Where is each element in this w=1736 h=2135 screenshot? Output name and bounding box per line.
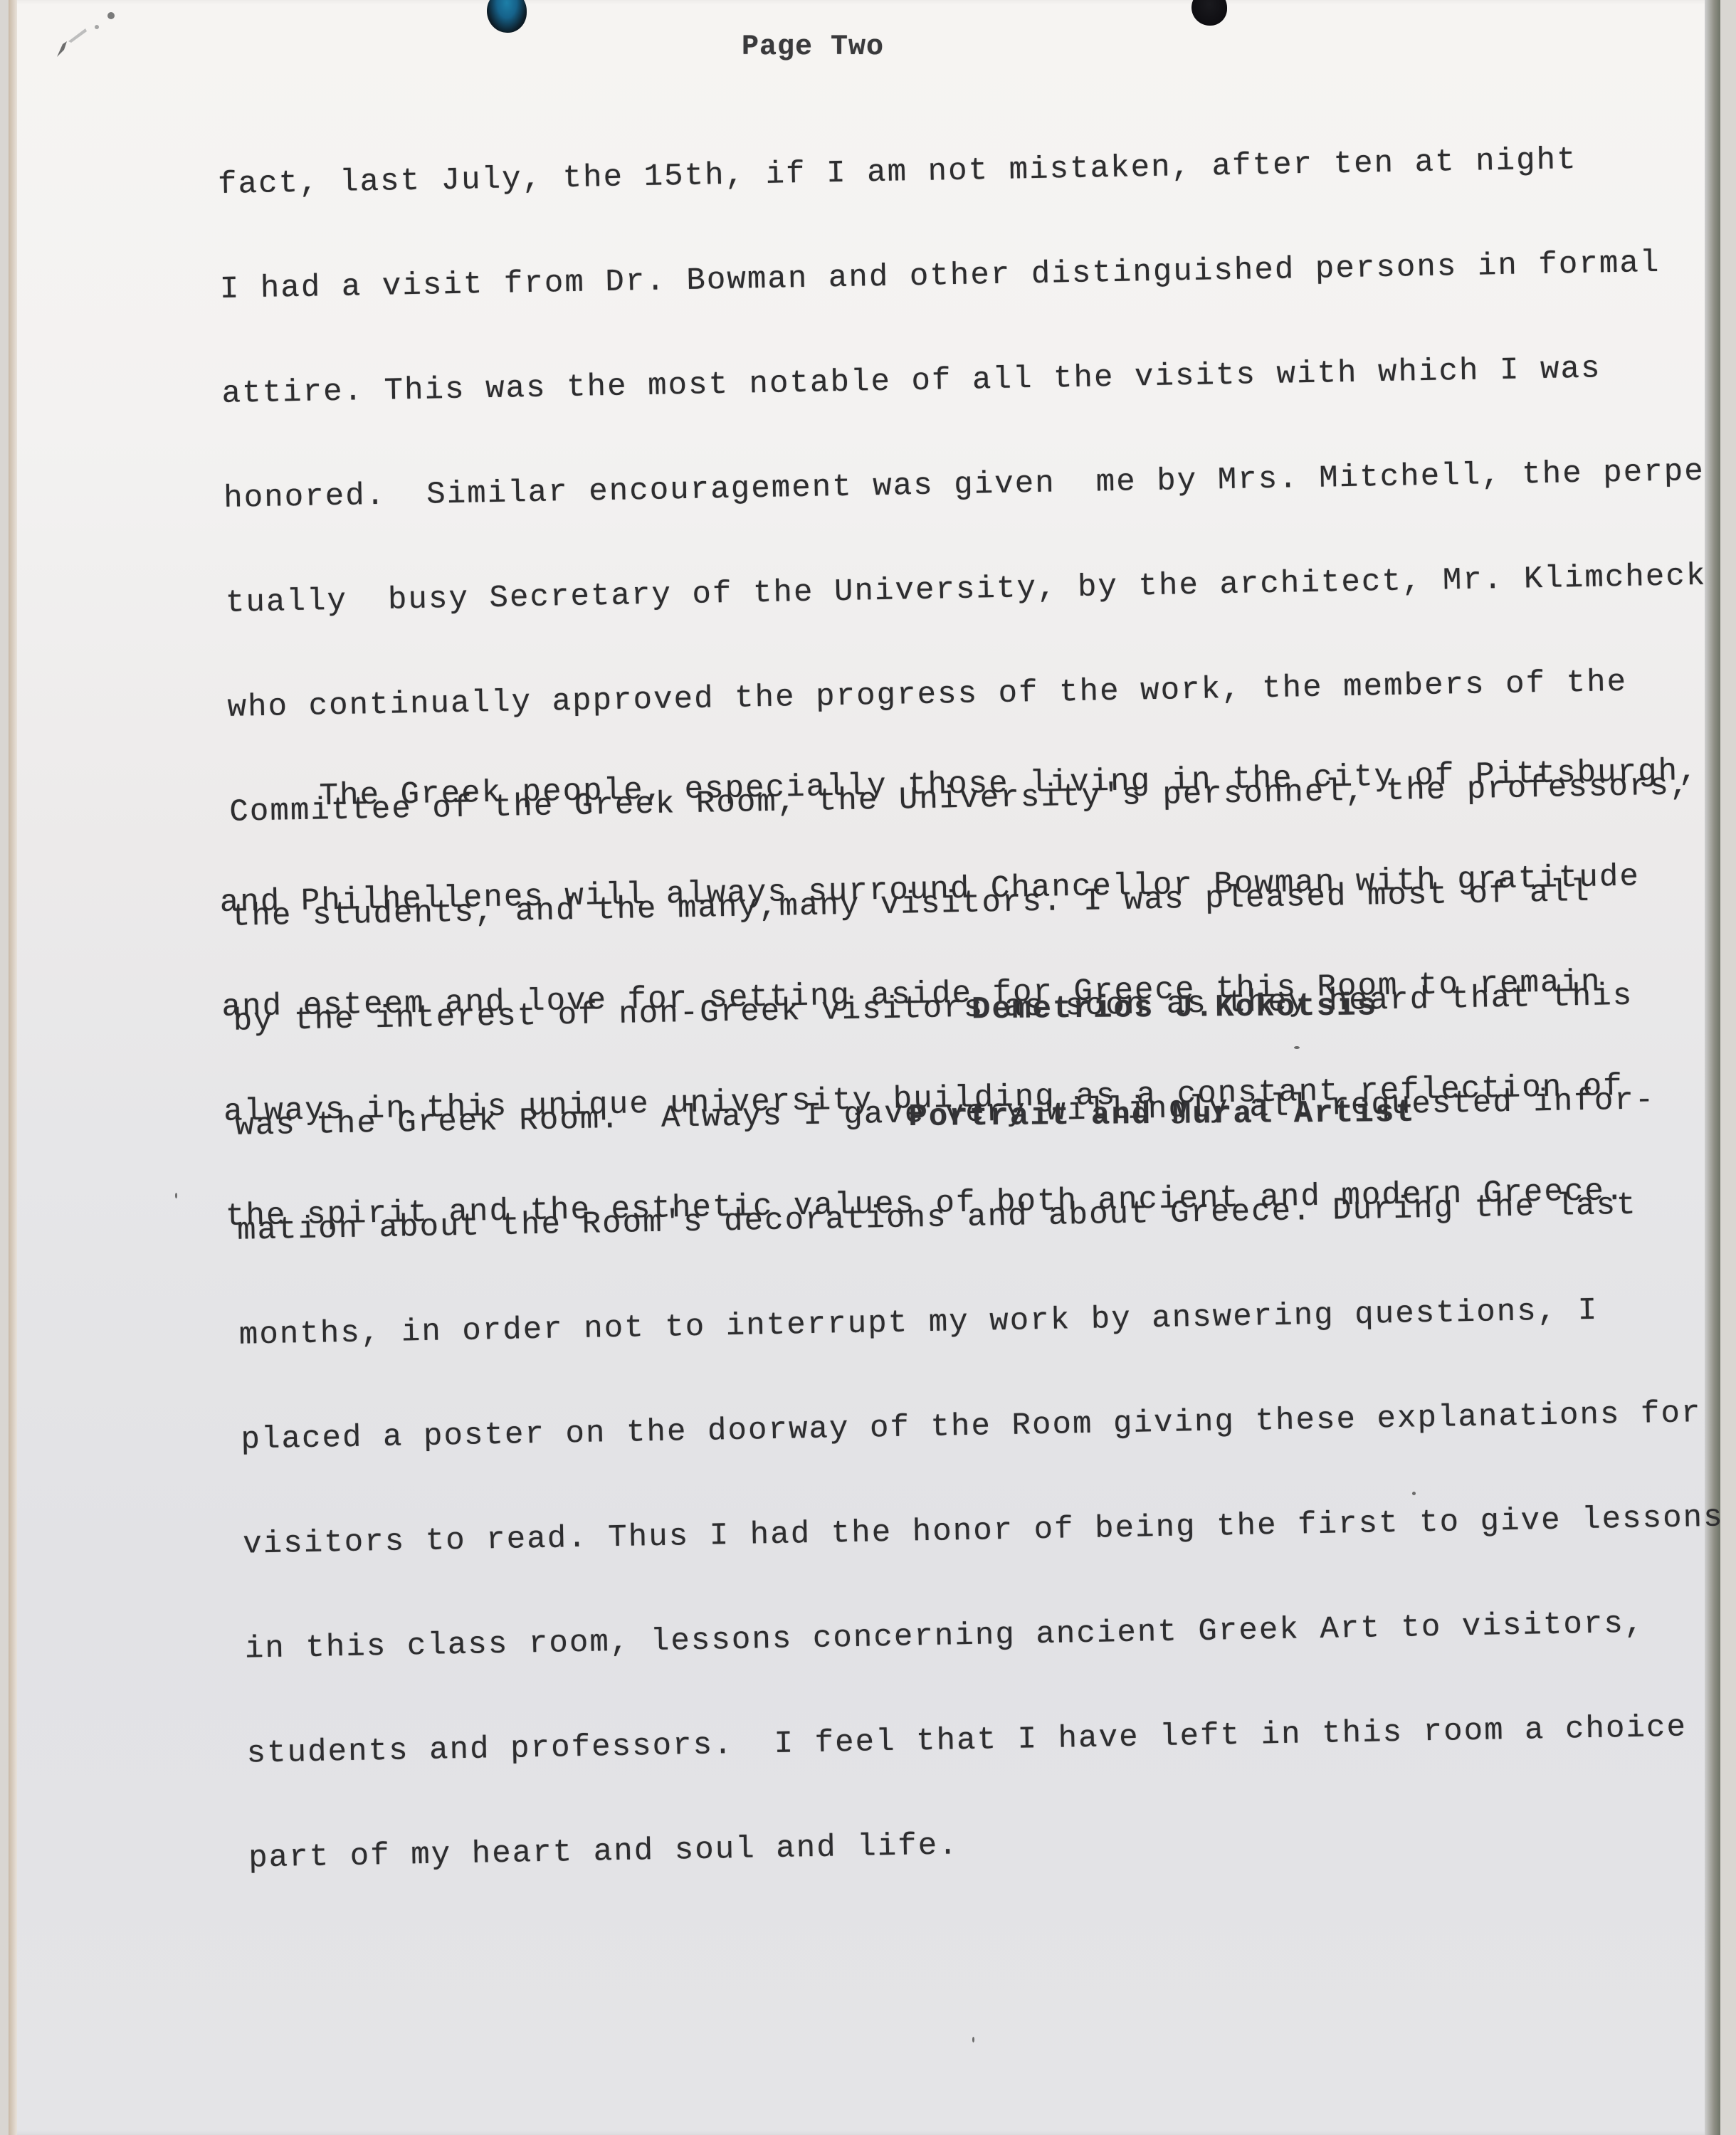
paper-speck [1412, 1492, 1416, 1495]
text-line: I had a visit from Dr. Bowman and other … [219, 246, 1700, 307]
paper-speck [1294, 1046, 1300, 1049]
signature-block: Demetrios J.Kokotsis Portrait and Mural … [907, 919, 1416, 1207]
text-line: in this class room, lessons concerning a… [245, 1606, 1726, 1667]
binding-hole-left [487, 0, 527, 33]
signature-title: Portrait and Mural Artist [908, 1096, 1416, 1137]
typed-document-page: Page Two fact, last July, the 15th, if I… [9, 0, 1720, 2135]
page-header: Page Two [742, 30, 884, 65]
signature-name: Demetrios J.Kokotsis [908, 989, 1415, 1030]
text-line: attire. This was the most notable of all… [221, 350, 1703, 412]
binding-hole-right [1191, 0, 1227, 26]
paper-speck [972, 2037, 974, 2042]
text-line: tually busy Secretary of the University,… [226, 559, 1707, 621]
paper-speck [175, 1193, 177, 1198]
text-line: months, in order not to interrupt my wor… [238, 1292, 1720, 1354]
ink-smudge-mark [43, 7, 121, 64]
text-line: and Philhellenes will always surround Ch… [219, 859, 1700, 921]
text-line: placed a poster on the doorway of the Ro… [241, 1396, 1722, 1458]
text-line: visitors to read. Thus I had the honor o… [243, 1501, 1724, 1563]
text-line: honored. Similar encouragement was given… [223, 455, 1705, 517]
text-line: part of my heart and soul and life. [248, 1814, 1730, 1876]
page-left-edge [9, 0, 17, 2135]
text-line: The Greek people, especially those livin… [218, 754, 1699, 816]
text-line: fact, last July, the 15th, if I am not m… [218, 141, 1699, 203]
text-line: students and professors. I feel that I h… [246, 1709, 1727, 1771]
